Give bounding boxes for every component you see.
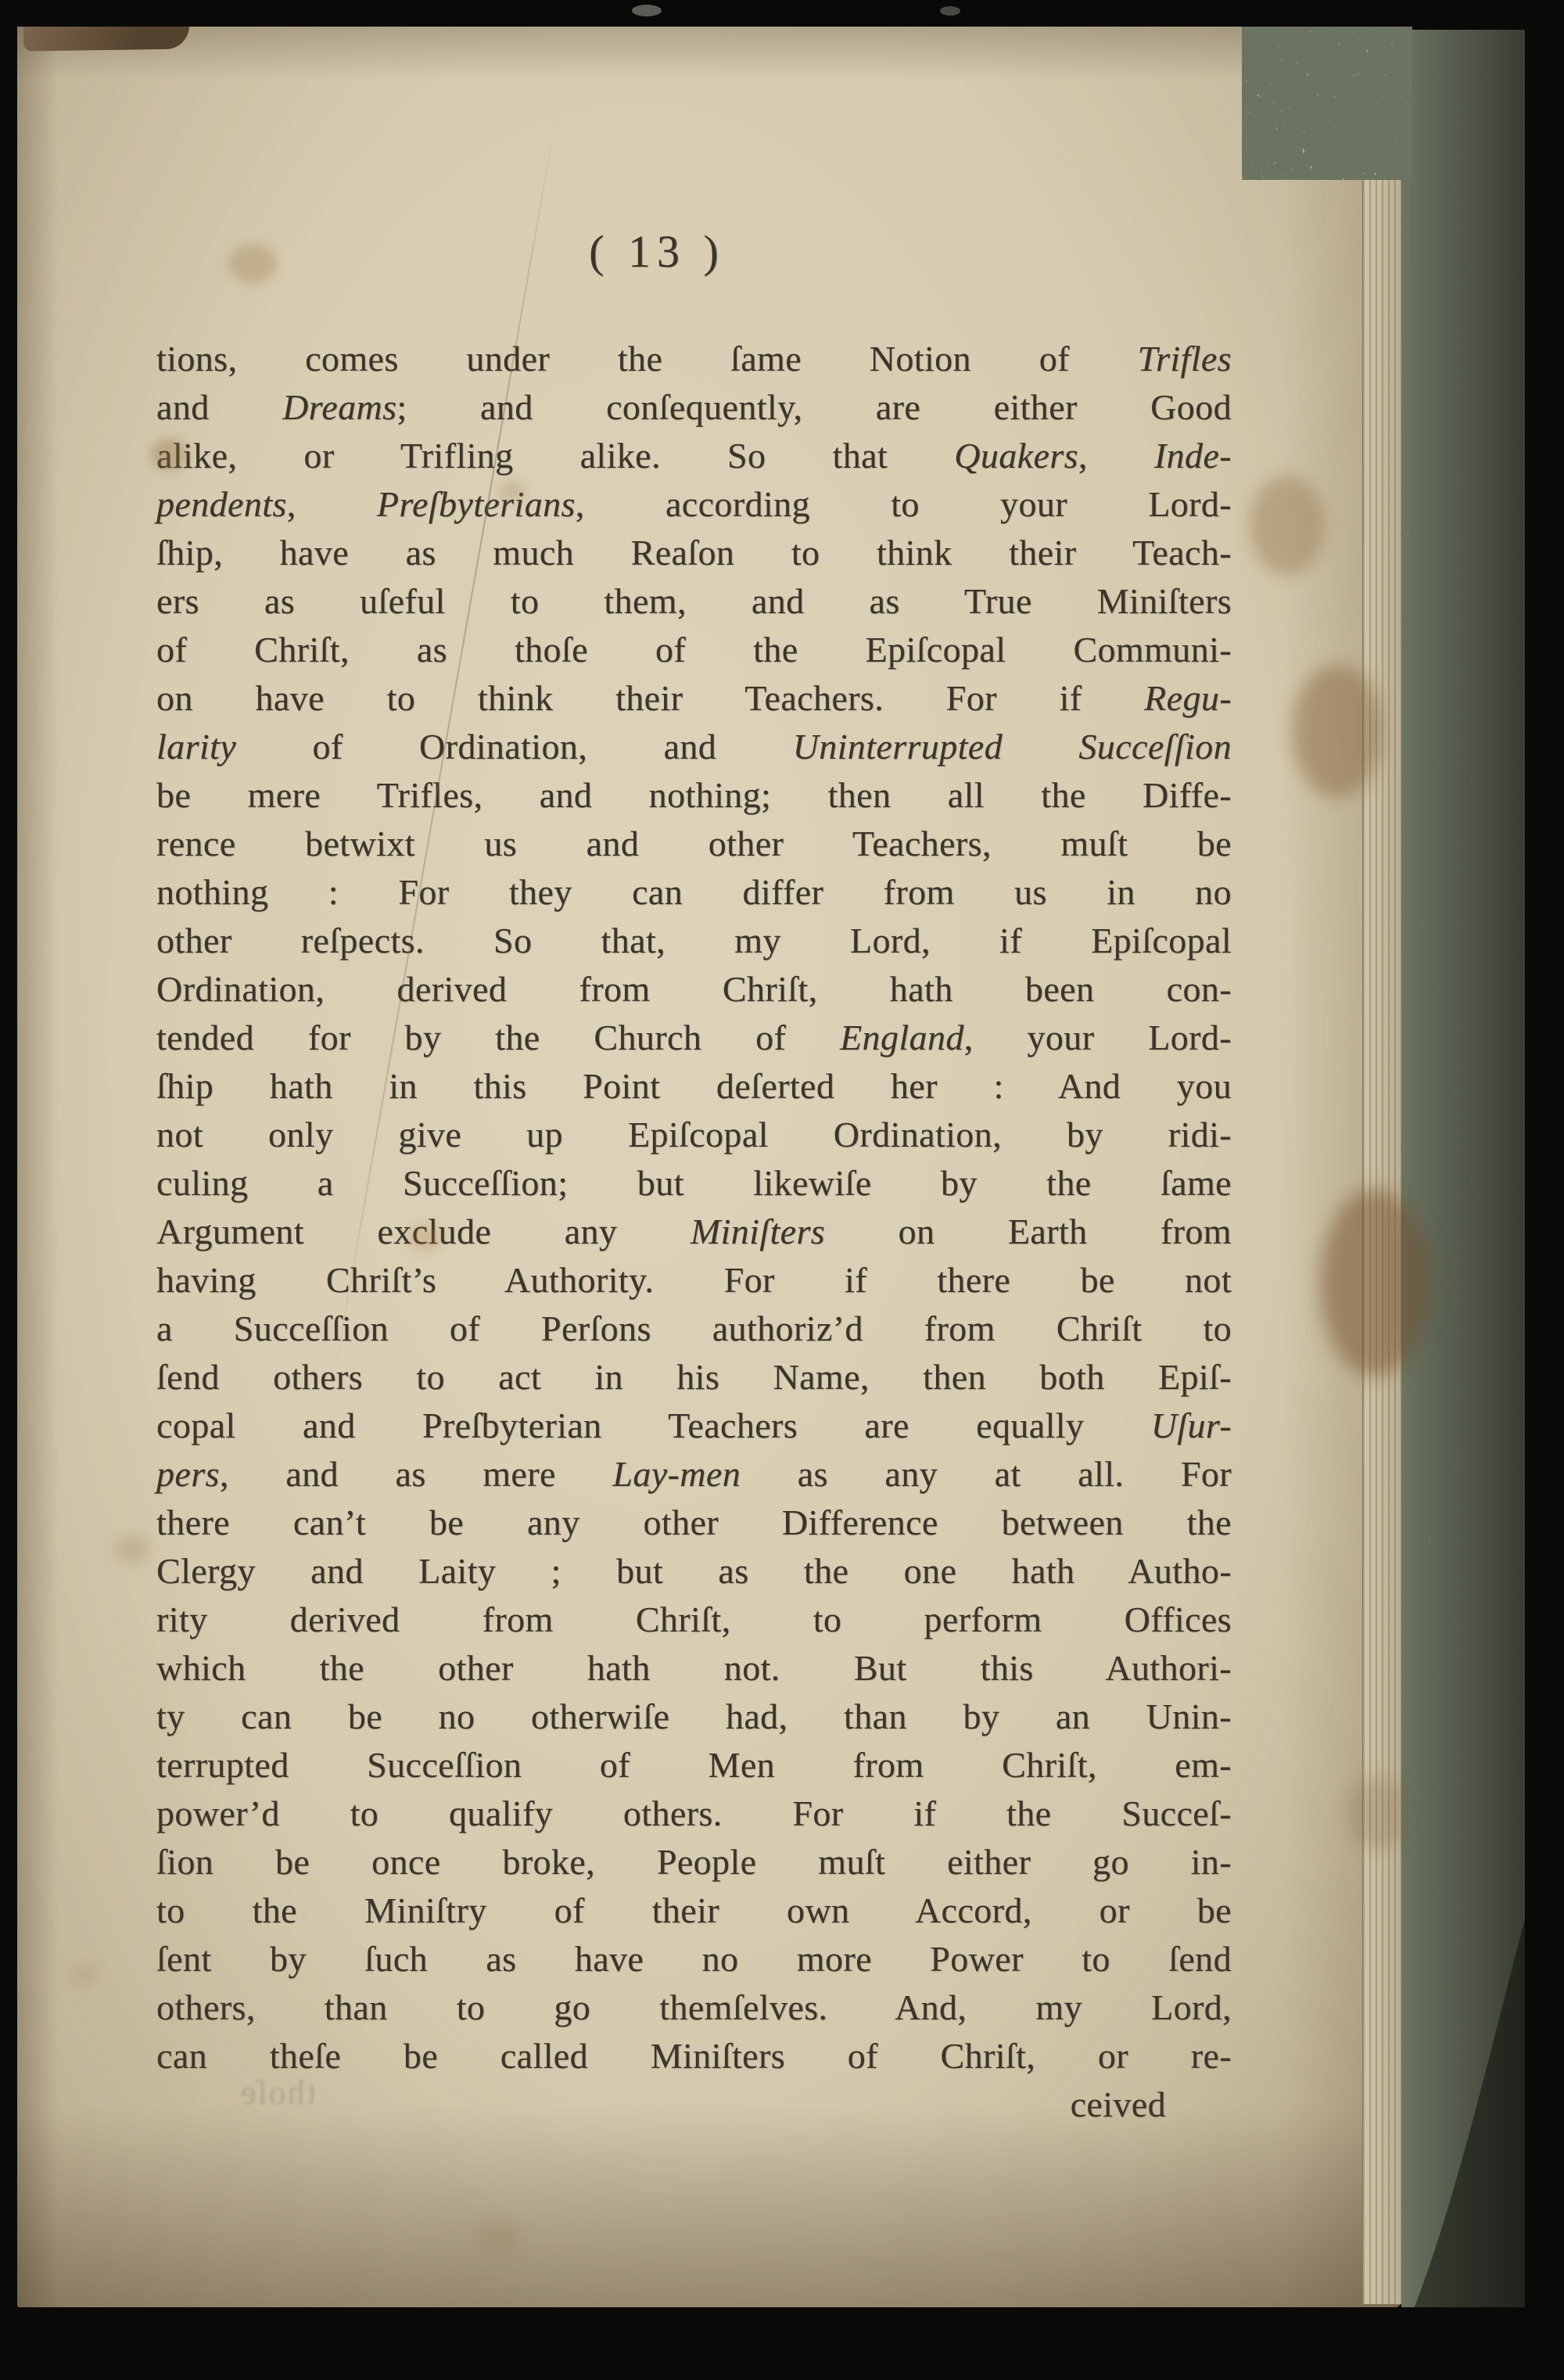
book-photo: ( 13 ) tions, comes under the ſame Notio… — [0, 0, 1564, 2380]
text-line: which the other hath not. But this Autho… — [156, 1644, 1232, 1693]
text-line: ſion be once broke, People muſt either g… — [156, 1838, 1232, 1886]
text-line: ſhip, have as much Reaſon to think their… — [156, 529, 1232, 577]
photo-frame-right — [1525, 0, 1564, 2380]
text-line: to the Miniſtry of their own Accord, or … — [156, 1886, 1232, 1935]
text-line: be mere Trifles, and nothing; then all t… — [156, 771, 1232, 820]
text-line: not only give up Epiſcopal Ordination, b… — [156, 1111, 1232, 1159]
photo-frame-top — [0, 0, 1564, 27]
text-line: ty can be no otherwiſe had, than by an U… — [156, 1693, 1232, 1741]
text-line: ers as uſeful to them, and as True Miniſ… — [156, 577, 1232, 626]
text-line: can theſe be called Miniſters of Chriſt,… — [156, 2032, 1232, 2080]
text-line: terrupted Succeſſion of Men from Chriſt,… — [156, 1741, 1232, 1789]
text-line: on have to think their Teachers. For if … — [156, 674, 1232, 723]
text-line: larity of Ordination, and Uninterrupted … — [156, 723, 1232, 771]
text-line: tended for by the Church of England, you… — [156, 1014, 1232, 1062]
text-line: ſend others to act in his Name, then bot… — [156, 1353, 1232, 1402]
text-line: power’d to qualify others. For if the Su… — [156, 1789, 1232, 1838]
text-line: others, than to go themſelves. And, my L… — [156, 1983, 1232, 2032]
text-line: other reſpects. So that, my Lord, if Epi… — [156, 917, 1232, 965]
photo-frame-left — [0, 0, 17, 2380]
text-line: a Succeſſion of Perſons authoriz’d from … — [156, 1305, 1232, 1353]
text-line: of Chriſt, as thoſe of the Epiſcopal Com… — [156, 626, 1232, 674]
text-line: rity derived from Chriſt, to perform Off… — [156, 1596, 1232, 1644]
text-line: Argument exclude any Miniſters on Earth … — [156, 1208, 1232, 1256]
text-line: nothing : For they can differ from us in… — [156, 868, 1232, 917]
catchword: ceived — [156, 2080, 1232, 2129]
text-line: pendents, Preſbyterians, according to yo… — [156, 480, 1232, 529]
photo-frame-bottom — [0, 2307, 1564, 2380]
page-number: ( 13 ) — [516, 225, 798, 278]
text-line: culing a Succeſſion; but likewiſe by the… — [156, 1159, 1232, 1208]
frame-artifact — [632, 5, 662, 16]
book-page: ( 13 ) tions, comes under the ſame Notio… — [16, 25, 1404, 2309]
page-text: tions, comes under the ſame Notion of Tr… — [156, 335, 1232, 2129]
text-line: copal and Preſbyterian Teachers are equa… — [156, 1402, 1232, 1450]
text-line: ſent by ſuch as have no more Power to ſe… — [156, 1935, 1232, 1983]
text-line: rence betwixt us and other Teachers, muſ… — [156, 820, 1232, 868]
text-line: ſhip hath in this Point deſerted her : A… — [156, 1062, 1232, 1111]
text-line: tions, comes under the ſame Notion of Tr… — [156, 335, 1232, 383]
text-line: there can’t be any other Difference betw… — [156, 1499, 1232, 1547]
text-line: Ordination, derived from Chriſt, hath be… — [156, 965, 1232, 1014]
text-line: pers, and as mere Lay-men as any at all.… — [156, 1450, 1232, 1499]
text-line: Clergy and Laity ; but as the one hath A… — [156, 1547, 1232, 1596]
text-line: having Chriſt’s Authority. For if there … — [156, 1256, 1232, 1305]
text-line: alike, or Trifling alike. So that Quaker… — [156, 432, 1232, 480]
frame-artifact — [940, 6, 960, 16]
text-line: and Dreams; and conſequently, are either… — [156, 383, 1232, 432]
marbled-fore-edge — [1228, 23, 1534, 2309]
